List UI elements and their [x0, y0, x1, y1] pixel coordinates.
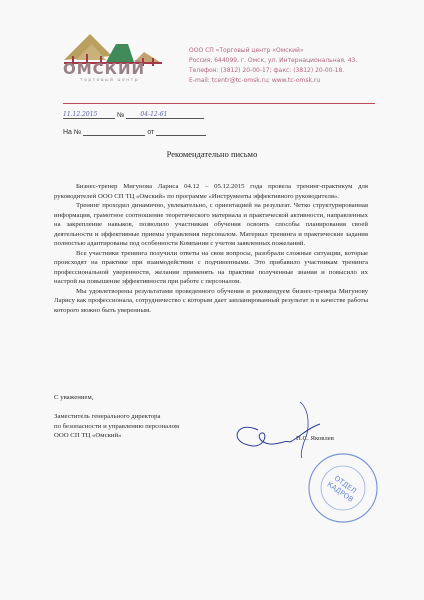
from-label: от [147, 129, 154, 136]
letter-date: 11.12.2015 [63, 111, 97, 118]
company-phone: Телефон: (3812) 20-00-17; факс: (3812) 2… [189, 66, 357, 76]
paragraph: Все участники тренинга получили ответы н… [54, 249, 368, 287]
letterhead-contacts: ООО СП «Торговый центр «Омский» Россия, … [189, 46, 357, 86]
letter-body: Бизнес-тренер Мигунова Лариса 04.12 – 05… [54, 182, 368, 315]
paragraph: Бизнес-тренер Мигунова Лариса 04.12 – 05… [54, 182, 368, 201]
paragraph: Тренинг проходил динамично, увлекательно… [54, 201, 368, 249]
company-name: ООО СП «Торговый центр «Омский» [189, 46, 357, 56]
company-address: Россия, 644099, г. Омск, ул. Интернацион… [189, 56, 357, 66]
handwritten-signature-icon [228, 400, 338, 460]
logo-subtitle: торговый центр [80, 78, 139, 83]
letter-page: ОМСКИЙ торговый центр ООО СП «Торговый ц… [0, 0, 424, 600]
paragraph: Мы удовлетворены результатами проведенно… [54, 287, 368, 316]
in-reply-label: На № [63, 129, 81, 136]
company-email: E-mail: tcentr@tc-omsk.ru; www.tc-omsk.r… [189, 76, 357, 86]
incoming-reference: На № от [63, 129, 206, 136]
signer-name: Н.С. Яковлев [296, 435, 334, 442]
signer-position: Заместитель генерального директора по бе… [54, 412, 179, 441]
header-divider [63, 103, 375, 104]
letter-title: Рекомендательно письмо [0, 149, 424, 159]
closing-greeting: С уважением, [54, 393, 93, 403]
hr-department-stamp-icon: ОТДЕЛ КАДРОВ [307, 452, 379, 524]
letter-number: 04-12-61 [126, 111, 167, 118]
outgoing-reference: 11.12.2015 № 04-12-61 [63, 111, 204, 119]
logo-wordmark: ОМСКИЙ [63, 60, 145, 78]
number-label: № [117, 112, 125, 119]
